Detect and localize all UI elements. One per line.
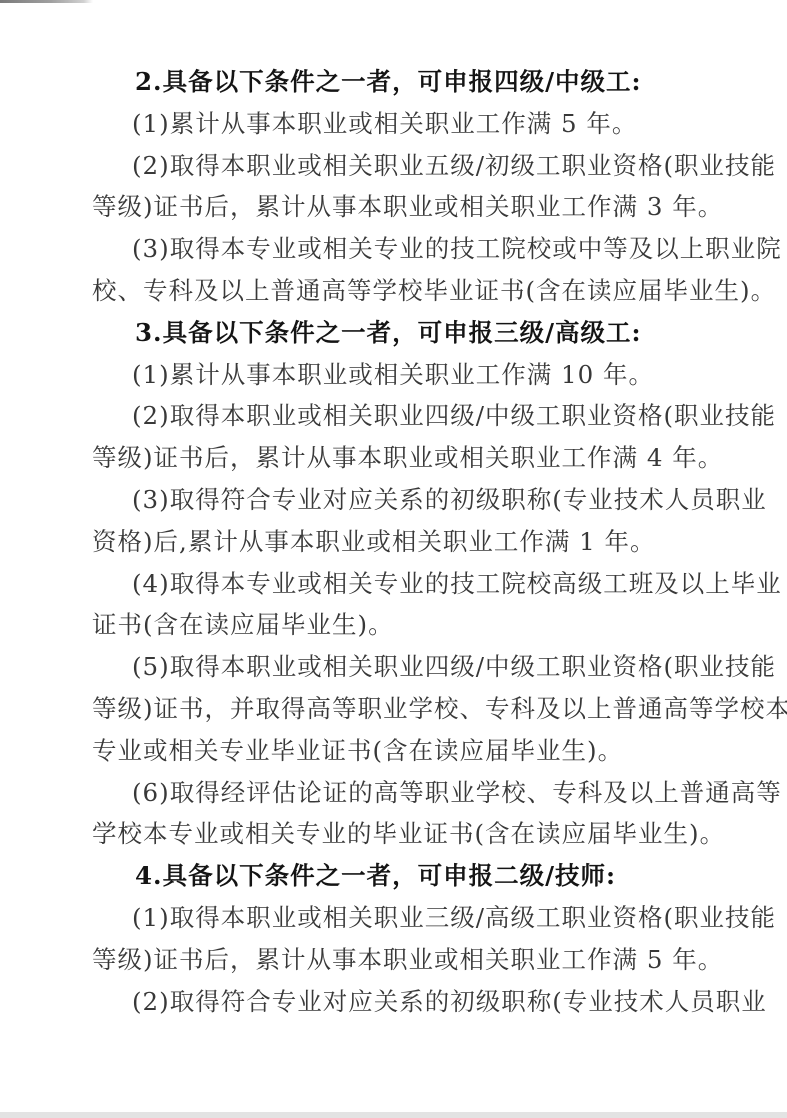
doc-line: 学校本专业或相关专业的毕业证书(含在读应届毕业生)。	[92, 813, 711, 855]
doc-line: 校、专科及以上普通高等学校毕业证书(含在读应届毕业生)。	[92, 270, 711, 312]
doc-line: (1)累计从事本职业或相关职业工作满 10 年。	[92, 354, 711, 396]
scan-artifact-bottom-edge	[0, 1112, 787, 1118]
section-4-heading: 4.具备以下条件之一者，可申报二级/技师:	[92, 855, 711, 897]
doc-line: 资格)后,累计从事本职业或相关职业工作满 1 年。	[92, 521, 711, 563]
doc-line: 等级)证书，并取得高等职业学校、专科及以上普通高等学校本	[92, 688, 711, 730]
section-2-heading: 2.具备以下条件之一者，可申报四级/中级工:	[92, 61, 711, 103]
doc-line: (6)取得经评估论证的高等职业学校、专科及以上普通高等	[92, 772, 711, 814]
doc-line: 等级)证书后，累计从事本职业或相关职业工作满 3 年。	[92, 186, 711, 228]
doc-line: (2)取得本职业或相关职业五级/初级工职业资格(职业技能	[92, 145, 711, 187]
document-content: 2.具备以下条件之一者，可申报四级/中级工: (1)累计从事本职业或相关职业工作…	[0, 0, 787, 1022]
doc-line: (1)取得本职业或相关职业三级/高级工职业资格(职业技能	[92, 897, 711, 939]
section-3-heading: 3.具备以下条件之一者，可申报三级/高级工:	[92, 312, 711, 354]
doc-line: (3)取得符合专业对应关系的初级职称(专业技术人员职业	[92, 479, 711, 521]
doc-line: 等级)证书后，累计从事本职业或相关职业工作满 4 年。	[92, 437, 711, 479]
doc-line: (3)取得本专业或相关专业的技工院校或中等及以上职业院	[92, 228, 711, 270]
doc-line: (2)取得符合专业对应关系的初级职称(专业技术人员职业	[92, 981, 711, 1023]
document-page: 2.具备以下条件之一者，可申报四级/中级工: (1)累计从事本职业或相关职业工作…	[0, 0, 787, 1118]
doc-line: 专业或相关专业毕业证书(含在读应届毕业生)。	[92, 730, 711, 772]
doc-line: (2)取得本职业或相关职业四级/中级工职业资格(职业技能	[92, 395, 711, 437]
doc-line: 证书(含在读应届毕业生)。	[92, 604, 711, 646]
doc-line: (5)取得本职业或相关职业四级/中级工职业资格(职业技能	[92, 646, 711, 688]
doc-line: (4)取得本专业或相关专业的技工院校高级工班及以上毕业	[92, 563, 711, 605]
doc-line: 等级)证书后，累计从事本职业或相关职业工作满 5 年。	[92, 939, 711, 981]
doc-line: (1)累计从事本职业或相关职业工作满 5 年。	[92, 103, 711, 145]
